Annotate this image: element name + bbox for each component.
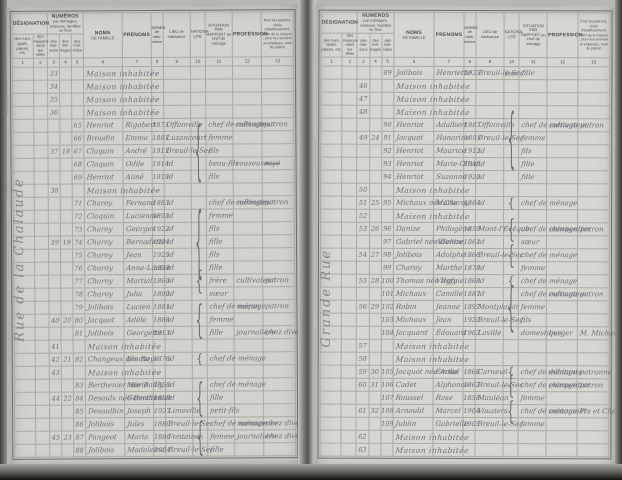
cell-prenom: Marcel <box>433 404 463 417</box>
cell-no-maison: 46 <box>357 79 369 92</box>
cell-patron: patronne <box>577 366 610 379</box>
cell-nom: Charoy <box>84 249 123 262</box>
cell-nom: Jacquard <box>393 326 434 339</box>
cell-nom: Charoy <box>84 236 123 249</box>
cell-nom: Maison inhabitée <box>84 184 123 197</box>
cell-lieu: id <box>475 275 503 288</box>
cell-no-menage: 27 <box>369 248 381 261</box>
cell-no-individu <box>73 366 85 379</box>
cell-no-maison <box>357 66 369 79</box>
cell-no-individu: 66 <box>72 132 84 145</box>
header-noms: NOMS DE FAMILLE <box>394 12 435 57</box>
cell-patron: patron <box>577 119 610 132</box>
cell-nationalite <box>193 404 208 417</box>
cell-profession <box>546 418 576 431</box>
cell-no-maison: 55 <box>357 274 369 287</box>
cell-profession <box>547 392 577 405</box>
cell-nom: Charoy <box>84 197 123 210</box>
cell-maison-ville <box>33 93 48 106</box>
cell-profession <box>233 183 262 196</box>
header-numeros: NUMÉROS par ménages, maisons, familles o… <box>357 12 393 33</box>
cell-patron <box>264 352 296 365</box>
cell-prenom: Joseph <box>125 405 154 418</box>
cell-prenom: Henriette <box>434 66 464 79</box>
cell-profession <box>235 443 264 456</box>
cell-annee: 1880 <box>153 417 165 430</box>
census-row: 5930105Jacquot née ArnolÉmilie1868Carnev… <box>320 365 609 379</box>
cell-no-menage <box>369 313 381 326</box>
cell-situation: chef de ménage <box>207 417 235 430</box>
cell-situation <box>519 106 547 119</box>
cell-lieu: Offainville <box>476 119 504 132</box>
cell-profession <box>233 66 262 79</box>
cell-no-menage: 22 <box>62 392 74 405</box>
cell-lieu <box>163 79 191 92</box>
cell-situation: petit-fils <box>207 404 235 417</box>
cell-lieu: Carnevil <box>475 366 503 379</box>
cell-no-individu <box>381 352 393 365</box>
column-number: 6 <box>83 58 122 67</box>
cell-maison-ville <box>342 105 357 118</box>
row-maison-inhabitee: 50Maison inhabitée <box>321 183 610 197</box>
cell-annee: 1881 <box>153 300 165 313</box>
cell-no-individu <box>381 443 393 456</box>
header-designation: DÉSIGNATION <box>12 13 48 34</box>
cell-maison-ville <box>342 131 357 144</box>
cell-no-menage <box>60 80 72 93</box>
cell-no-menage <box>61 301 73 314</box>
census-rows-left: 33Maison inhabitée34Maison inhabitée35Ma… <box>12 66 295 458</box>
census-row: 109JublinGabrielle1905Breuil-le-Secfemme <box>320 417 609 431</box>
cell-profession <box>547 132 577 145</box>
cell-maison-ville <box>35 301 50 314</box>
cell-lieu: id <box>164 170 192 183</box>
cell-maison-ville <box>342 326 357 339</box>
cell-no-individu <box>382 79 394 92</box>
cell-nom: Charoy <box>84 223 123 236</box>
cell-no-individu: 104 <box>381 326 393 339</box>
cell-prenom: Suzanne <box>434 170 464 183</box>
cell-lieu: Breuil-le-Sec <box>475 418 503 431</box>
cell-profession <box>547 158 577 171</box>
cell-rue <box>13 106 34 119</box>
cell-no-individu: 76 <box>73 262 85 275</box>
cell-annee: 1904 <box>463 404 475 417</box>
cell-situation: chef de ménage <box>207 352 235 365</box>
cell-profession <box>546 431 576 444</box>
cell-patron: patron <box>262 118 294 131</box>
cell-prenom: Rigobert <box>123 119 152 132</box>
cell-no-menage <box>369 183 381 196</box>
cell-nom: Charoy <box>393 261 434 274</box>
header-profession: PROFESSION <box>547 13 577 58</box>
cell-nom: Maison inhabitée <box>393 443 434 456</box>
cell-nom: Henriot <box>394 118 435 131</box>
cell-nationalite <box>191 157 206 170</box>
cell-maison-ville <box>342 300 357 313</box>
cell-nationalite <box>503 340 518 353</box>
cell-nationalite <box>503 314 518 327</box>
cell-nom: Maison inhabitée <box>83 106 122 119</box>
cell-prenom: Jean <box>124 249 153 262</box>
cell-prenom: Honorine <box>434 131 464 144</box>
cell-nom: Maison inhabitée <box>393 430 434 443</box>
cell-maison-ville <box>34 249 49 262</box>
cell-situation: fille <box>207 326 235 339</box>
scanned-census-register: Rue de la Chalaude DÉSIGNATION NUMÉROS p… <box>0 0 622 480</box>
census-rows-right: 89JoliboisHenriette1925Breuil-le-Secfçse… <box>320 66 610 457</box>
cell-profession <box>547 145 577 158</box>
column-number: 9 <box>163 57 191 66</box>
cell-situation: femme <box>207 313 235 326</box>
cell-nom: Jolibois <box>85 418 124 431</box>
cell-no-maison: 40 <box>49 314 61 327</box>
cell-no-individu <box>381 183 393 196</box>
cell-profession: berger <box>547 327 577 340</box>
census-row: 492491JacquotHonorine1891Breuil-le-Sec{f… <box>321 131 610 145</box>
cell-nationalite <box>504 262 519 275</box>
cell-profession: maçon <box>234 300 263 313</box>
cell-annee: 1886 <box>153 313 165 326</box>
street-name-right: Grande Rue <box>319 174 338 424</box>
cell-no-individu <box>381 92 393 105</box>
cell-no-maison <box>357 287 369 300</box>
census-table-left: DÉSIGNATION NUMÉROS par ménages, maisons… <box>12 11 297 458</box>
cell-annee: 1920 <box>463 313 475 326</box>
cell-patron <box>576 431 609 444</box>
cell-no-individu <box>72 106 84 119</box>
cell-nationalite <box>504 184 519 197</box>
cell-patron: patron <box>577 288 610 301</box>
cell-lieu: id <box>164 261 192 274</box>
cell-patron: patron <box>577 223 610 236</box>
cell-lieu: Breuil-le-Sec <box>476 67 504 80</box>
cell-profession: débitante <box>547 366 577 379</box>
cell-situation: sœur <box>519 236 547 249</box>
cell-situation: chef de ménage <box>519 197 547 210</box>
cell-no-maison: 39 <box>49 236 61 249</box>
cell-nationalite: { <box>503 405 518 418</box>
cell-situation <box>205 92 233 105</box>
header-col-menages: des mé- nages <box>59 34 71 58</box>
cell-nom: Maison inhabitée <box>394 105 435 118</box>
cell-no-individu: 94 <box>381 170 393 183</box>
census-row: 89JoliboisHenriette1925Breuil-le-Secfçse… <box>321 66 610 80</box>
cell-situation: chef de ménage <box>518 288 546 301</box>
cell-no-menage: 19 <box>61 236 73 249</box>
cell-profession <box>547 106 577 119</box>
cell-situation: chef de ménage <box>519 223 547 236</box>
cell-nationalite: { <box>504 223 519 236</box>
cell-rue <box>320 443 341 456</box>
column-number: 13 <box>577 58 610 67</box>
census-row: 94HenriotSuzanne1920idfille <box>321 170 610 184</box>
cell-maison-ville <box>342 209 357 222</box>
cell-no-maison <box>357 144 369 157</box>
cell-no-maison <box>49 197 61 210</box>
cell-situation: fils <box>518 314 546 327</box>
cell-no-maison: 50 <box>357 183 369 196</box>
cell-situation: fille <box>519 67 547 80</box>
cell-annee: 1886 <box>153 430 165 443</box>
column-number: 5 <box>71 58 83 67</box>
cell-prenom: Alphonse <box>433 378 463 391</box>
cell-nationalite <box>193 443 208 456</box>
cell-profession: journalière <box>234 326 263 339</box>
cell-patron <box>262 131 294 144</box>
cell-patron: chez divers <box>264 417 296 430</box>
cell-maison-ville <box>34 184 49 197</box>
cell-lieu <box>165 365 193 378</box>
street-name-left: Rue de la Chalaude <box>11 125 31 395</box>
cell-situation <box>519 93 547 106</box>
cell-lieu: Mont-l'Évêque <box>475 223 503 236</box>
cell-maison-ville <box>341 430 356 443</box>
cell-no-menage <box>60 132 72 145</box>
cell-patron <box>263 235 295 248</box>
cell-nom: Claquin <box>84 158 123 171</box>
cell-nationalite: { <box>193 430 208 443</box>
cell-no-maison <box>357 170 369 183</box>
cell-no-individu: 87 <box>74 431 86 444</box>
cell-lieu: Breuil-le-Sec <box>475 379 503 392</box>
cell-situation: domestique <box>518 327 546 340</box>
cell-profession <box>233 92 262 105</box>
cell-annee: 1861 <box>463 235 475 248</box>
cell-situation <box>205 79 233 92</box>
cell-lieu: id <box>164 209 192 222</box>
cell-prenom: Marthe <box>434 261 464 274</box>
column-number: 10 <box>190 57 205 66</box>
cell-nom: Desaulx née Berthenier <box>85 392 124 405</box>
cell-no-maison: 59 <box>357 365 369 378</box>
cell-nom: Berthenier née Bailly <box>85 379 124 392</box>
cell-nationalite: { <box>503 366 518 379</box>
cell-no-maison: 33 <box>48 67 60 80</box>
cell-no-maison: 38 <box>49 184 61 197</box>
cell-no-individu <box>381 339 393 352</box>
cell-nom: Jolibois <box>85 327 124 340</box>
cell-situation <box>518 340 546 353</box>
cell-nationalite <box>504 106 519 119</box>
cell-no-individu: 90 <box>381 118 393 131</box>
cell-nom: Jolibois <box>86 444 125 457</box>
cell-lieu: id <box>165 313 193 326</box>
cell-rue <box>15 444 36 457</box>
cell-patron <box>577 262 610 275</box>
cell-no-individu: 85 <box>74 405 86 418</box>
cell-no-individu: 95 <box>381 196 393 209</box>
cell-situation: chef de ménage <box>207 300 235 313</box>
cell-situation <box>207 365 235 378</box>
row-maison-inhabitee: 46Maison inhabitée <box>321 79 610 93</box>
cell-patron <box>577 210 610 223</box>
cell-no-individu: 77 <box>73 275 85 288</box>
cell-annee: 1858 <box>463 391 475 404</box>
cell-annee: 1925 <box>152 248 164 261</box>
cell-nationalite <box>503 431 518 444</box>
cell-profession <box>233 170 262 183</box>
cell-no-individu: 101 <box>381 287 393 300</box>
cell-profession <box>234 248 263 261</box>
census-row: 92HenriotMaurice1912idfils <box>321 144 610 158</box>
cell-situation <box>519 184 547 197</box>
cell-lieu: Offainville <box>163 118 191 131</box>
cell-no-menage <box>60 184 72 197</box>
cell-maison-ville <box>342 144 357 157</box>
cell-no-individu: 74 <box>72 236 84 249</box>
column-number: 6 <box>394 57 434 66</box>
cell-profession <box>234 339 263 352</box>
cell-maison-ville <box>34 197 49 210</box>
cell-situation <box>518 353 546 366</box>
cell-no-menage <box>368 443 380 456</box>
cell-nom: Fangeot <box>85 431 124 444</box>
cell-nationalite <box>503 418 518 431</box>
cell-prenom: Adalbert <box>434 118 464 131</box>
cell-no-individu: 75 <box>73 249 85 262</box>
cell-no-maison <box>356 417 368 430</box>
cell-no-individu <box>381 209 393 222</box>
cell-rue <box>321 157 342 170</box>
cell-nom: Jacquot née Arnol <box>393 365 434 378</box>
cell-annee: 1881 <box>152 131 164 144</box>
cell-maison-ville <box>342 287 357 300</box>
cell-maison-ville <box>342 118 357 131</box>
column-number: 3 <box>48 58 60 67</box>
cell-situation: chef de ménage <box>519 249 547 262</box>
cell-patron <box>264 391 296 404</box>
cell-nom: Maison inhabitée <box>393 339 434 352</box>
cell-prenom: Émilie <box>433 365 463 378</box>
cell-no-menage <box>369 92 381 105</box>
cell-patron: patron <box>263 196 295 209</box>
cell-nationalite <box>192 326 207 339</box>
cell-nom: Michaux <box>393 287 434 300</box>
cell-no-individu: 78 <box>73 288 85 301</box>
household-brace: { <box>507 365 515 380</box>
cell-nationalite: { <box>192 274 207 287</box>
cell-no-maison <box>357 157 369 170</box>
cell-situation: chef de ménage <box>519 275 547 288</box>
cell-profession <box>233 79 262 92</box>
cell-nom: Maison inhabitée <box>393 209 434 222</box>
cell-nationalite: { <box>504 249 519 262</box>
cell-prenom: Lucien <box>124 301 153 314</box>
cell-patron <box>263 183 295 196</box>
cell-rue <box>12 67 33 80</box>
cell-no-individu: 83 <box>73 379 85 392</box>
cell-nationalite <box>191 196 206 209</box>
cell-nationalite: { <box>503 379 518 392</box>
header-situation: SITUATION PAR RAPPORT au chef de ménage <box>205 12 233 57</box>
cell-no-menage <box>369 352 381 365</box>
cell-nationalite <box>504 145 519 158</box>
column-numbers-row: 12345678910111213 <box>321 57 610 67</box>
header-observations: Pour les patrons, chefs d'établissement,… <box>262 12 294 57</box>
cell-situation: chef de ménage <box>518 379 546 392</box>
cell-lieu: id <box>165 378 193 391</box>
cell-lieu <box>163 92 191 105</box>
header-sub-maisons: des maisons dans les villes <box>33 34 48 58</box>
header-lieu: LIEU de naissance <box>163 12 191 57</box>
scan-bottom-edge <box>0 464 622 480</box>
cell-no-maison <box>49 327 61 340</box>
cell-maison-ville <box>35 392 50 405</box>
cell-annee: 1887 <box>463 287 475 300</box>
cell-no-individu: 106 <box>381 378 393 391</box>
cell-lieu: id <box>476 158 504 171</box>
cell-situation <box>206 183 234 196</box>
cell-lieu: id <box>165 391 193 404</box>
cell-lieu: Limoville <box>165 404 193 417</box>
cell-patron: M. Michaux <box>577 327 610 340</box>
column-number: 5 <box>382 57 394 66</box>
cell-no-menage <box>61 340 73 353</box>
cell-profession <box>233 131 262 144</box>
cell-profession <box>234 209 263 222</box>
cell-maison-ville <box>342 183 357 196</box>
cell-no-maison <box>49 223 61 236</box>
cell-no-maison: 41 <box>50 340 62 353</box>
cell-maison-ville <box>33 106 48 119</box>
cell-situation: chef de ménage <box>519 119 547 132</box>
cell-profession: charpentier <box>547 379 577 392</box>
cell-nom: Gabriel née Danize <box>393 235 434 248</box>
cell-no-menage <box>369 391 381 404</box>
cell-prenom: Lucienne <box>123 210 152 223</box>
cell-situation: femme <box>519 262 547 275</box>
cell-maison-ville <box>35 340 50 353</box>
cell-nationalite: { <box>503 301 518 314</box>
cell-nom: Jublin <box>393 417 434 430</box>
header-annee: ANNÉE de nais- sance <box>464 12 476 57</box>
cell-no-menage <box>369 144 381 157</box>
cell-nom: Charoy <box>85 275 124 288</box>
cell-no-individu: 69 <box>72 171 84 184</box>
header-lieu: LIEU de naissance <box>476 13 504 58</box>
cell-nom: Changeux née Roye <box>85 353 124 366</box>
cell-nationalite: { <box>504 197 519 210</box>
header-annee: ANNÉE de nais- sance <box>151 12 163 57</box>
cell-maison-ville <box>341 378 356 391</box>
cell-prenom: Philogène <box>434 222 464 235</box>
cell-no-menage <box>60 158 72 171</box>
cell-lieu: Breuil-le-Sec <box>165 417 193 430</box>
cell-situation: femme <box>519 132 547 145</box>
cell-nationalite <box>191 183 206 196</box>
cell-patron: chez divers <box>264 430 296 443</box>
cell-nationalite <box>191 209 206 222</box>
header-observations: Pour les patrons, chefs d'établissement,… <box>577 13 610 58</box>
cell-maison-ville <box>35 275 50 288</box>
cell-profession <box>547 314 577 327</box>
cell-nationalite <box>191 66 206 79</box>
cell-patron <box>576 444 609 457</box>
cell-no-menage <box>369 157 381 170</box>
cell-nationalite <box>503 444 518 457</box>
cell-patron: patron <box>577 379 610 392</box>
cell-maison-ville <box>34 262 49 275</box>
cell-no-menage <box>369 261 381 274</box>
cell-no-menage <box>62 418 74 431</box>
cell-nationalite: { <box>192 352 207 365</box>
cell-nationalite <box>192 248 207 261</box>
cell-maison-ville <box>34 158 49 171</box>
cell-rue <box>13 93 34 106</box>
cell-no-menage: 23 <box>62 431 74 444</box>
row-maison-inhabitee: 63Maison inhabitée <box>320 443 609 457</box>
